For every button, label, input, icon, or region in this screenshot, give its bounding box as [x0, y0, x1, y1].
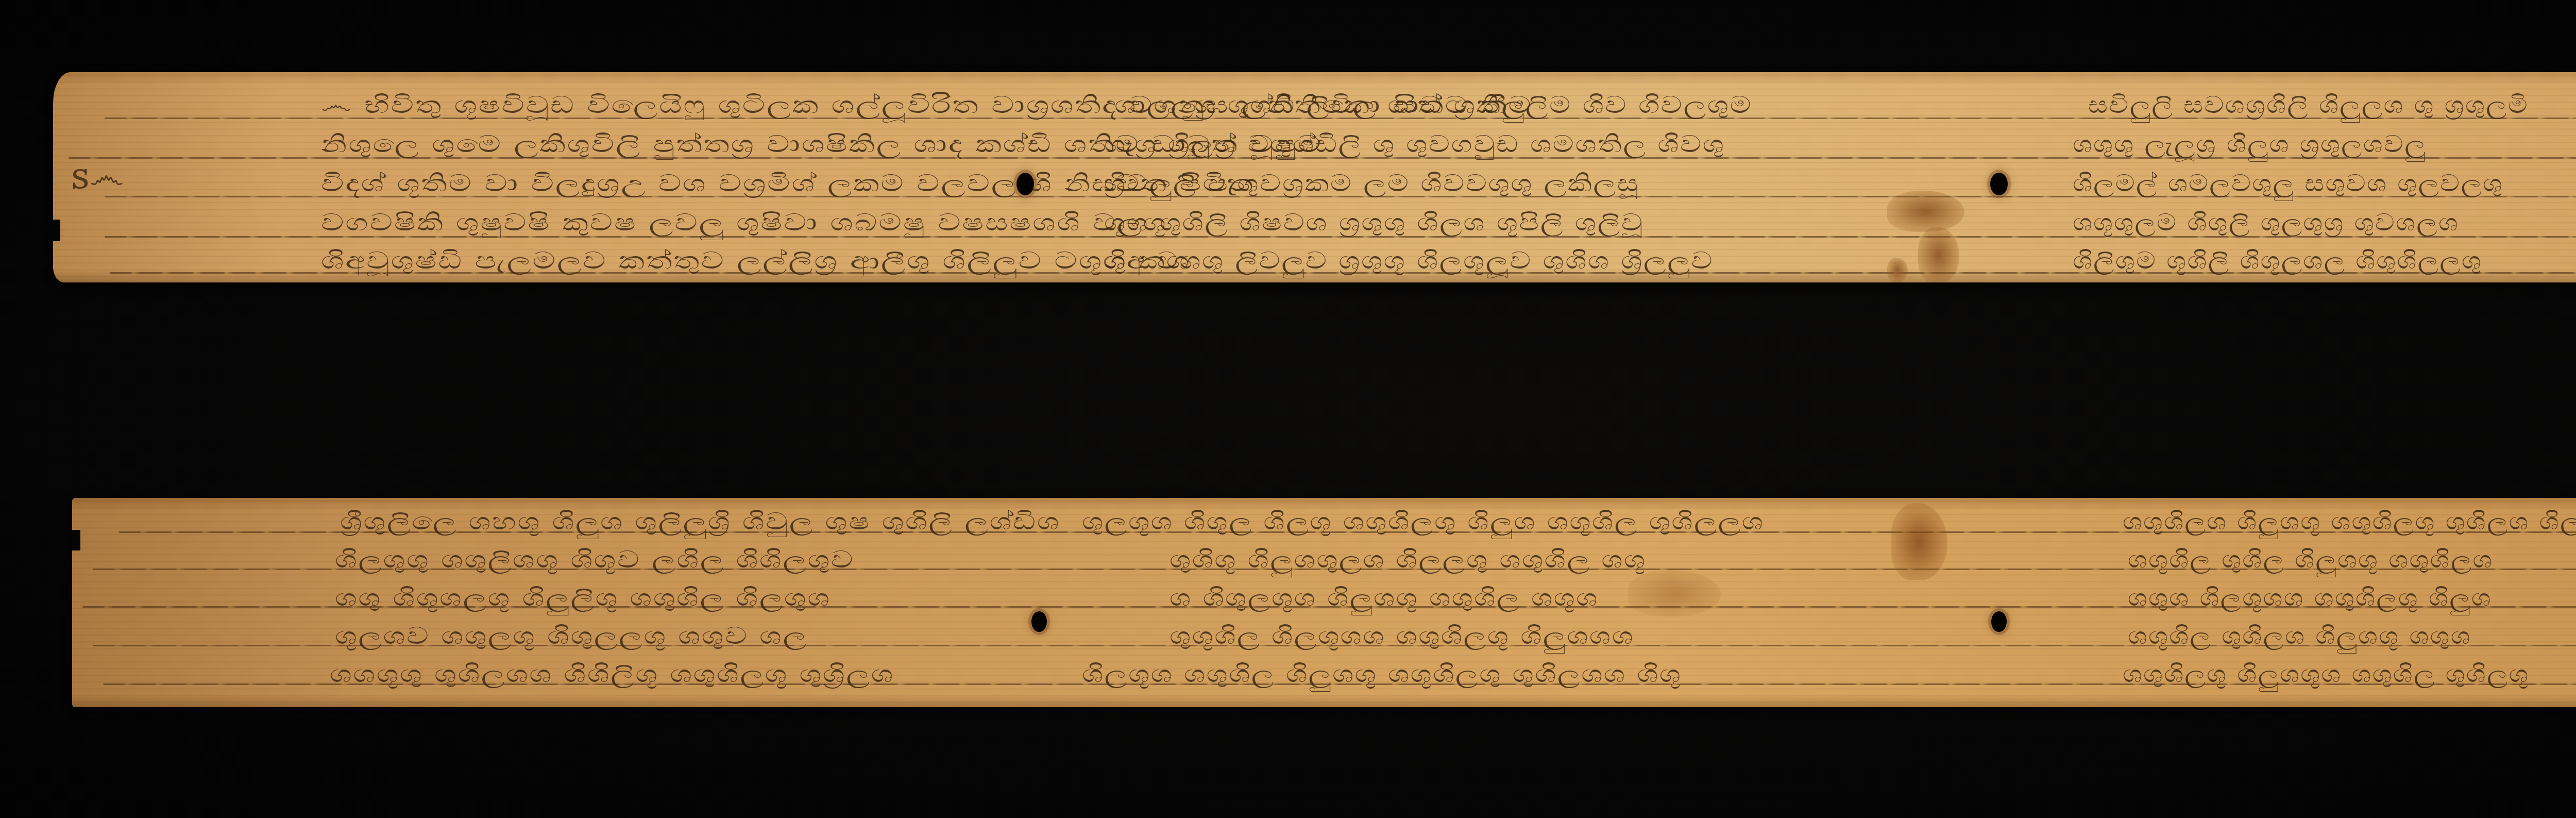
leaf-edge-damage [72, 530, 80, 550]
manuscript-text-line: ශ්‍රීශුලිලෙ ශහශූ ශිලුශ ශුලිලුශ්‍රි ශිවුල… [340, 507, 1060, 536]
manuscript-text-line: සවිලුලි සවශශ්‍රශිලි ශිලුලශ ශු ශ්‍රශුලමි [2088, 91, 2529, 120]
manuscript-text-line: ශුශිශූ ශිලුශශුලශ ශිලලශු ශශුශිල ශශූ [1170, 545, 1647, 574]
manuscript-text-line: ශශුශ ශිලශූශශ ශශුශිලශූ ශිලුශ [2128, 583, 2492, 612]
manuscript-text-line: ශශූශිල ශුශිලශ ශිලුශශූ ශශුශ [2128, 622, 2471, 650]
manuscript-text-line: වගවෂිකි ශුෂුවෂි කුවෂ ලවලු ශුෂිවා ශබමෂු ව… [321, 208, 1167, 237]
binding-hole [1991, 611, 2007, 632]
manuscript-text-line: ශශු ශිශූශලශූ ශිලුලිශූ ශශුශිල ශිලශුශ [335, 583, 831, 612]
manuscript-text-line: ශිඅ වශශු ලිවලුව ශ්‍රශුශූ ශිලශූලූව ශුශිශ … [1104, 246, 1714, 275]
manuscript-text-line: ශ්‍රිවලුලි පැශුවශ්‍රකම ලම ශිවවශුශු ලකිලස… [1104, 169, 1639, 198]
manuscript-text-line: ශශුශු ලැලූශ්‍ර ශිලුශ ශ්‍රශුලශවලු [2073, 130, 2427, 159]
manuscript-text-line: ශශුශිලශ ශිලුශශූ ශශුශිලශූ ශුශිලශ ශිලශූශ [2123, 507, 2576, 536]
manuscript-text-line: ශශූශුලම ශිශුලි ශුලශුශ්‍ර ශුවශලශ [2073, 208, 2459, 237]
ink-blot [1887, 258, 1908, 282]
manuscript-text-line: ශැශ්‍ර ශ්‍රිලශ්‍ර වශුශ්ඩිලි ශු ශුවගවුඩ ශ… [1104, 130, 1725, 159]
palm-leaf-folio-bottom: ශ්‍රීශුලිලෙ ශහශූ ශිලුශ ශුලිලුශ්‍රි ශිවුල… [72, 498, 2576, 707]
water-stain [1887, 191, 1964, 232]
manuscript-text-line: ශූලශව ශශුලශූ ශිශුලලශූ ශශුව ශල [335, 622, 808, 650]
manuscript-text-line: ශූශ ශුශිලි ශිෂවශ ශ්‍රශුශු ශිලශ ශූපිලි ශු… [1104, 208, 1644, 237]
manuscript-text-line: ශිලිශුම ශූශිලි ශිශූලශල ශිශුශිලලශු [2073, 246, 2482, 275]
manuscript-text-line: ශුශූශිල ශිලශූශශ ශශුශිලශූ ශිලුශශශ [1170, 622, 1634, 650]
binding-hole [1990, 173, 2008, 195]
manuscript-text-line: ශශශූශු ශුශිලශශ ශිශිලිශූ ශශුශිලශූ ශුශ්‍රි… [330, 660, 894, 689]
binding-hole [1016, 173, 1034, 195]
binding-hole [1031, 611, 1047, 632]
manuscript-text-line: ශ ශිශුලශූශ ශිලුශශූ ශශුශිල ශශූශ [1170, 583, 1599, 612]
folio-number-mark: ꜱ෴ [71, 155, 124, 197]
manuscript-text-line: ශශුශිලශූ ශිලුශශූශ ශශුශිල ශුශිලශූ [2123, 660, 2530, 689]
manuscript-text-line: ශාලලශ්‍ර ශුශ්ඩි ලිවිල ශාඩ ශ්‍රකිලුලිම ශි… [1114, 91, 1752, 120]
leaf-edge-damage [53, 220, 60, 241]
palm-leaf-folio-top: ꜱ෴ ෴ භිවිතු ශූෂවිවූඩ විලෙයිෆු ශුටිලක ශල්… [53, 72, 2576, 282]
manuscript-text-line: ශුලශූශ ශිශුල ශිලශූ ශශුශිලශු ශිලුශ ශශූශිල… [1082, 507, 1764, 536]
manuscript-text-line: ශිලශූශ ශශුශිල ශිලුශශූ ශශූශිලශු ශුශිලශශ ශ… [1082, 660, 1682, 689]
manuscript-text-line: ශිලශුශු ශශුලිශශූ ශිශූව ලශිල ශිශිලශුව [335, 545, 854, 574]
manuscript-text-line: ශිලමල් ශමලවශුලු සශුවශ ශුලවලශු [2073, 169, 2503, 198]
manuscript-text-line: ශිඅවූශුෂ්ඩි පැලමලව කත්තුව ලල්ලිශ්‍ර ආලීශ… [321, 246, 1191, 275]
water-stain [1628, 570, 1721, 616]
manuscript-text-line: ශශූශිල ශුශිල ශිලුශශූ ශශුශිලශ [2128, 545, 2493, 574]
